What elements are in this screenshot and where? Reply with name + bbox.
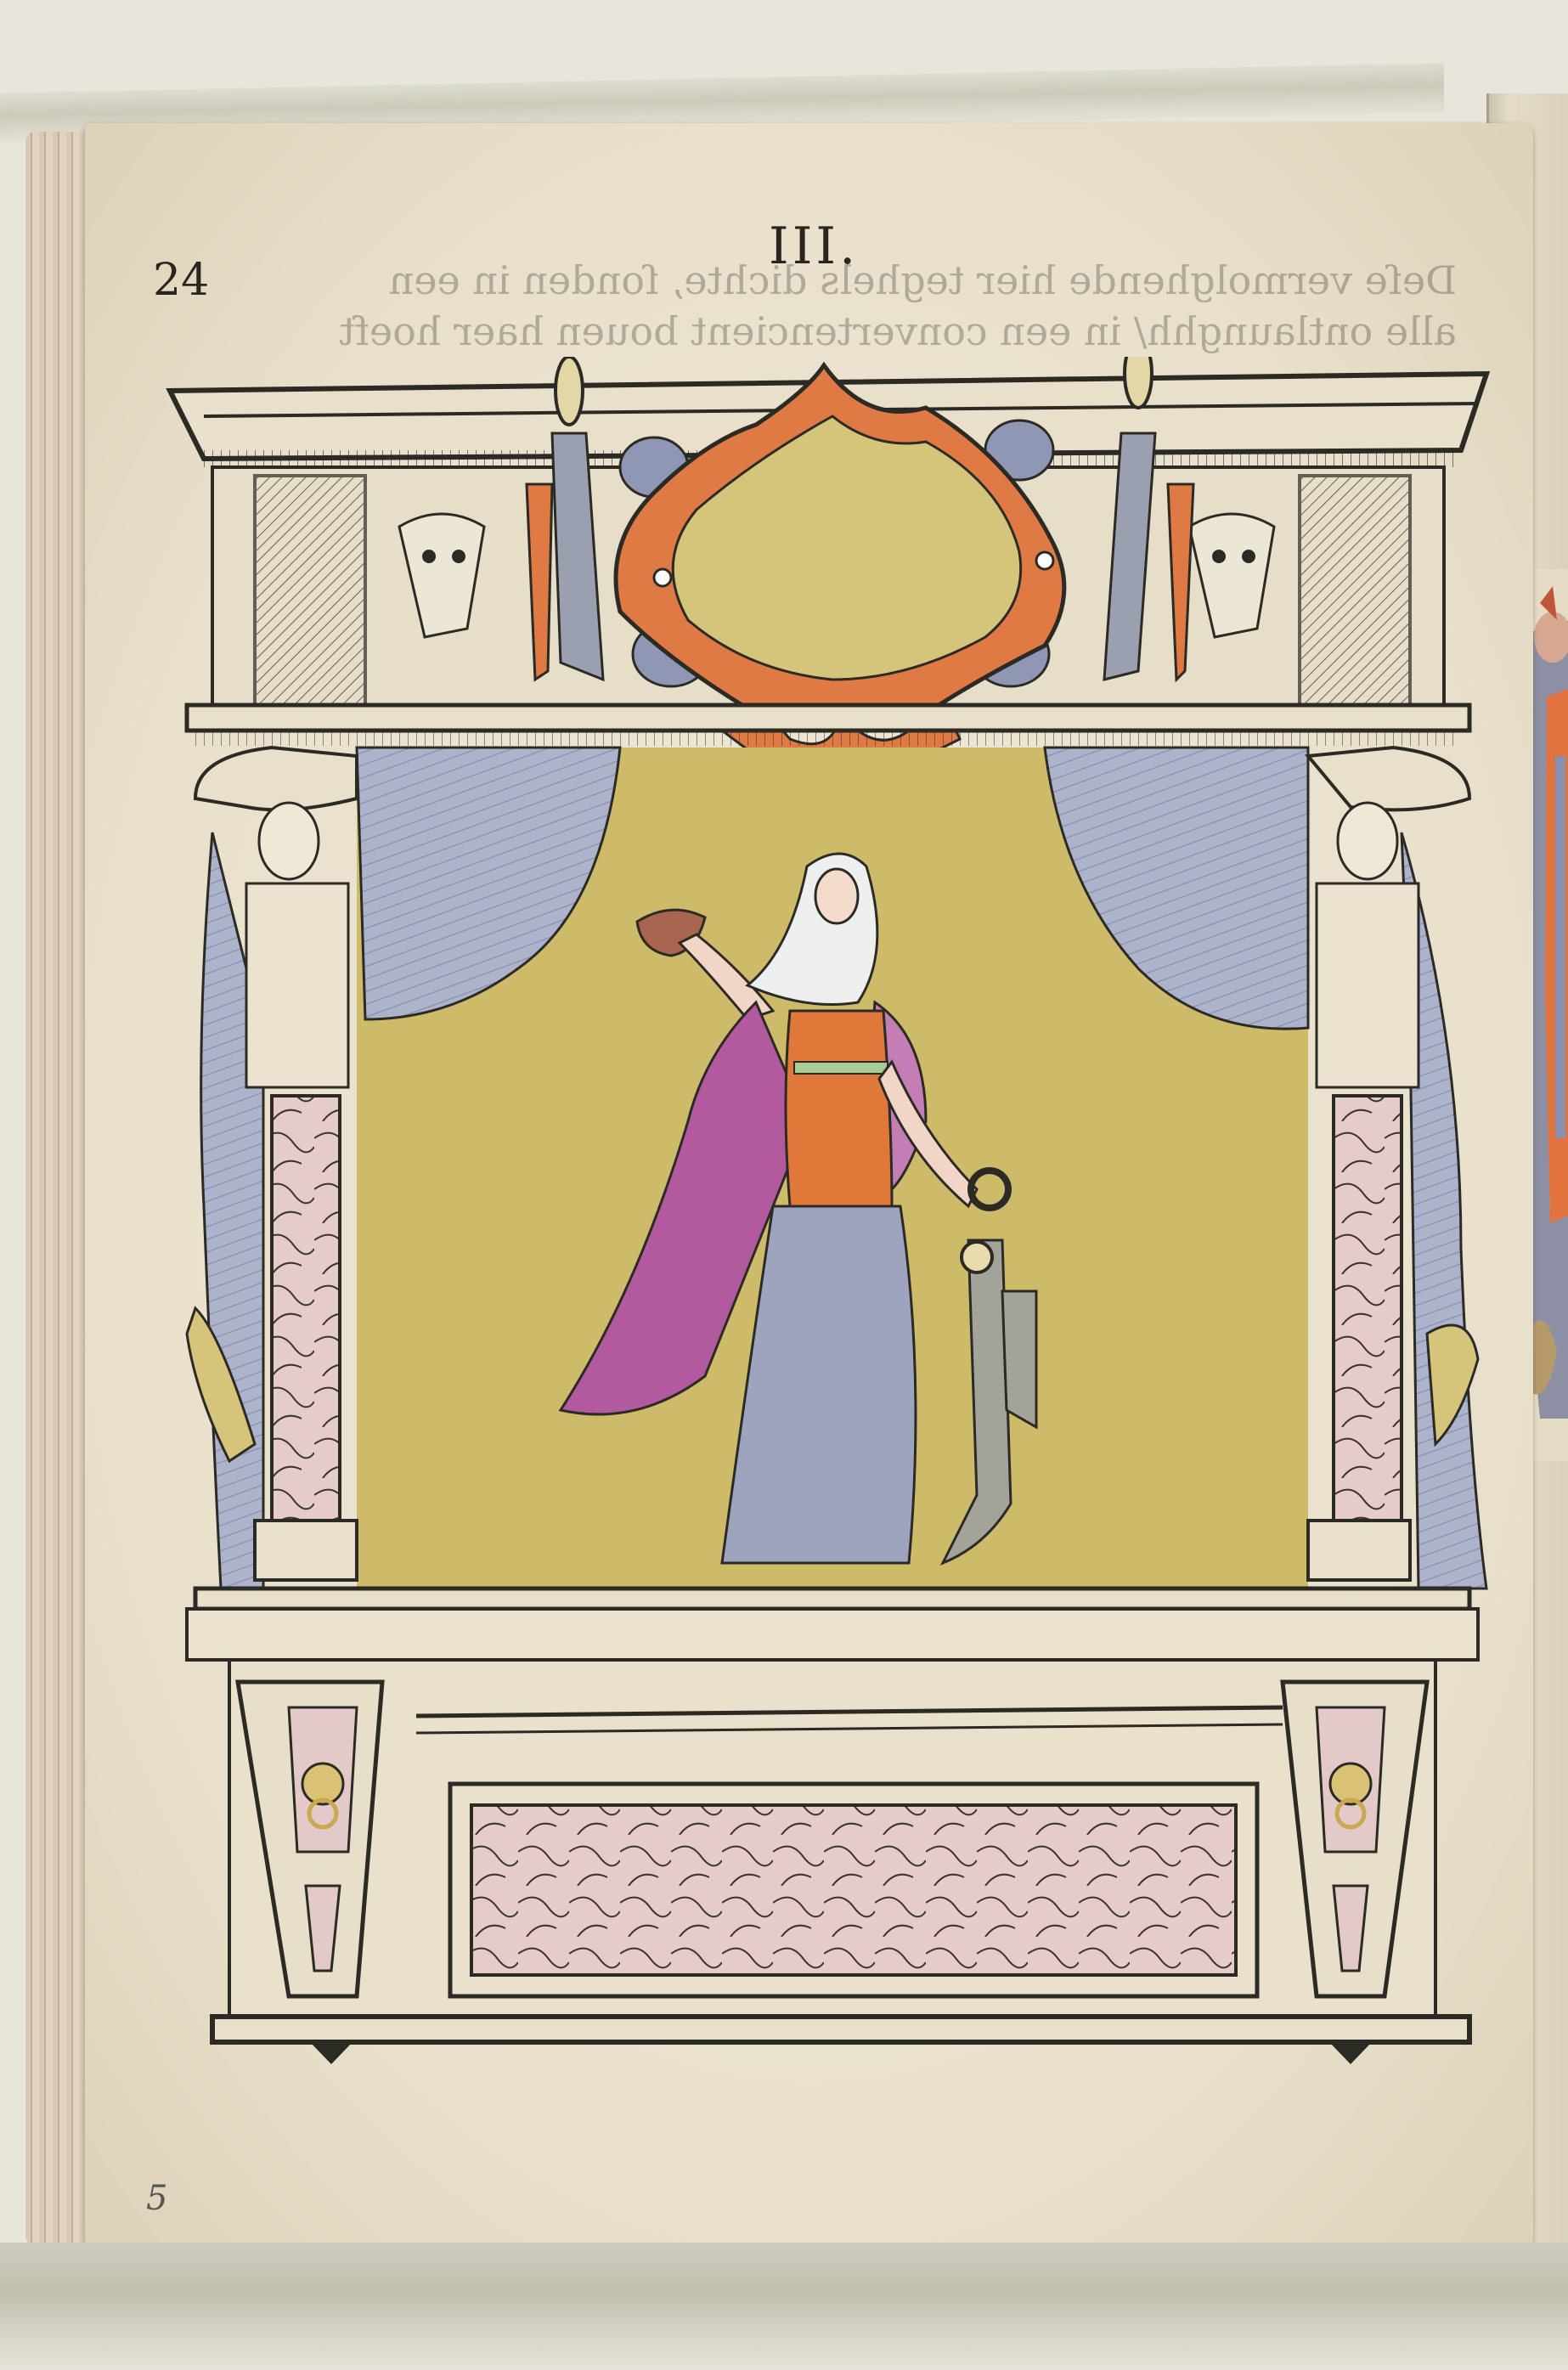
show-through-text: Deſe vermolghende hier teghels dichte, ſ… bbox=[217, 255, 1457, 357]
caryatid-left bbox=[187, 748, 357, 1588]
marble-panel bbox=[471, 1805, 1236, 1975]
woodcut-illustration bbox=[161, 357, 1512, 2073]
show-through-line: alle ontlaunghh/ in een convertencient b… bbox=[217, 306, 1457, 357]
top-cornice bbox=[170, 357, 1486, 756]
caryatid-right bbox=[1308, 748, 1486, 1588]
stage-floor bbox=[195, 1588, 1469, 1609]
pedestal bbox=[212, 1660, 1469, 2064]
page-number: 24 bbox=[153, 255, 209, 306]
protective-sleeve-bottom bbox=[0, 2243, 1568, 2370]
manuscript-mark: 5 bbox=[146, 2179, 167, 2218]
show-through-line: Deſe vermolghende hier teghels dichte, ſ… bbox=[217, 255, 1457, 306]
